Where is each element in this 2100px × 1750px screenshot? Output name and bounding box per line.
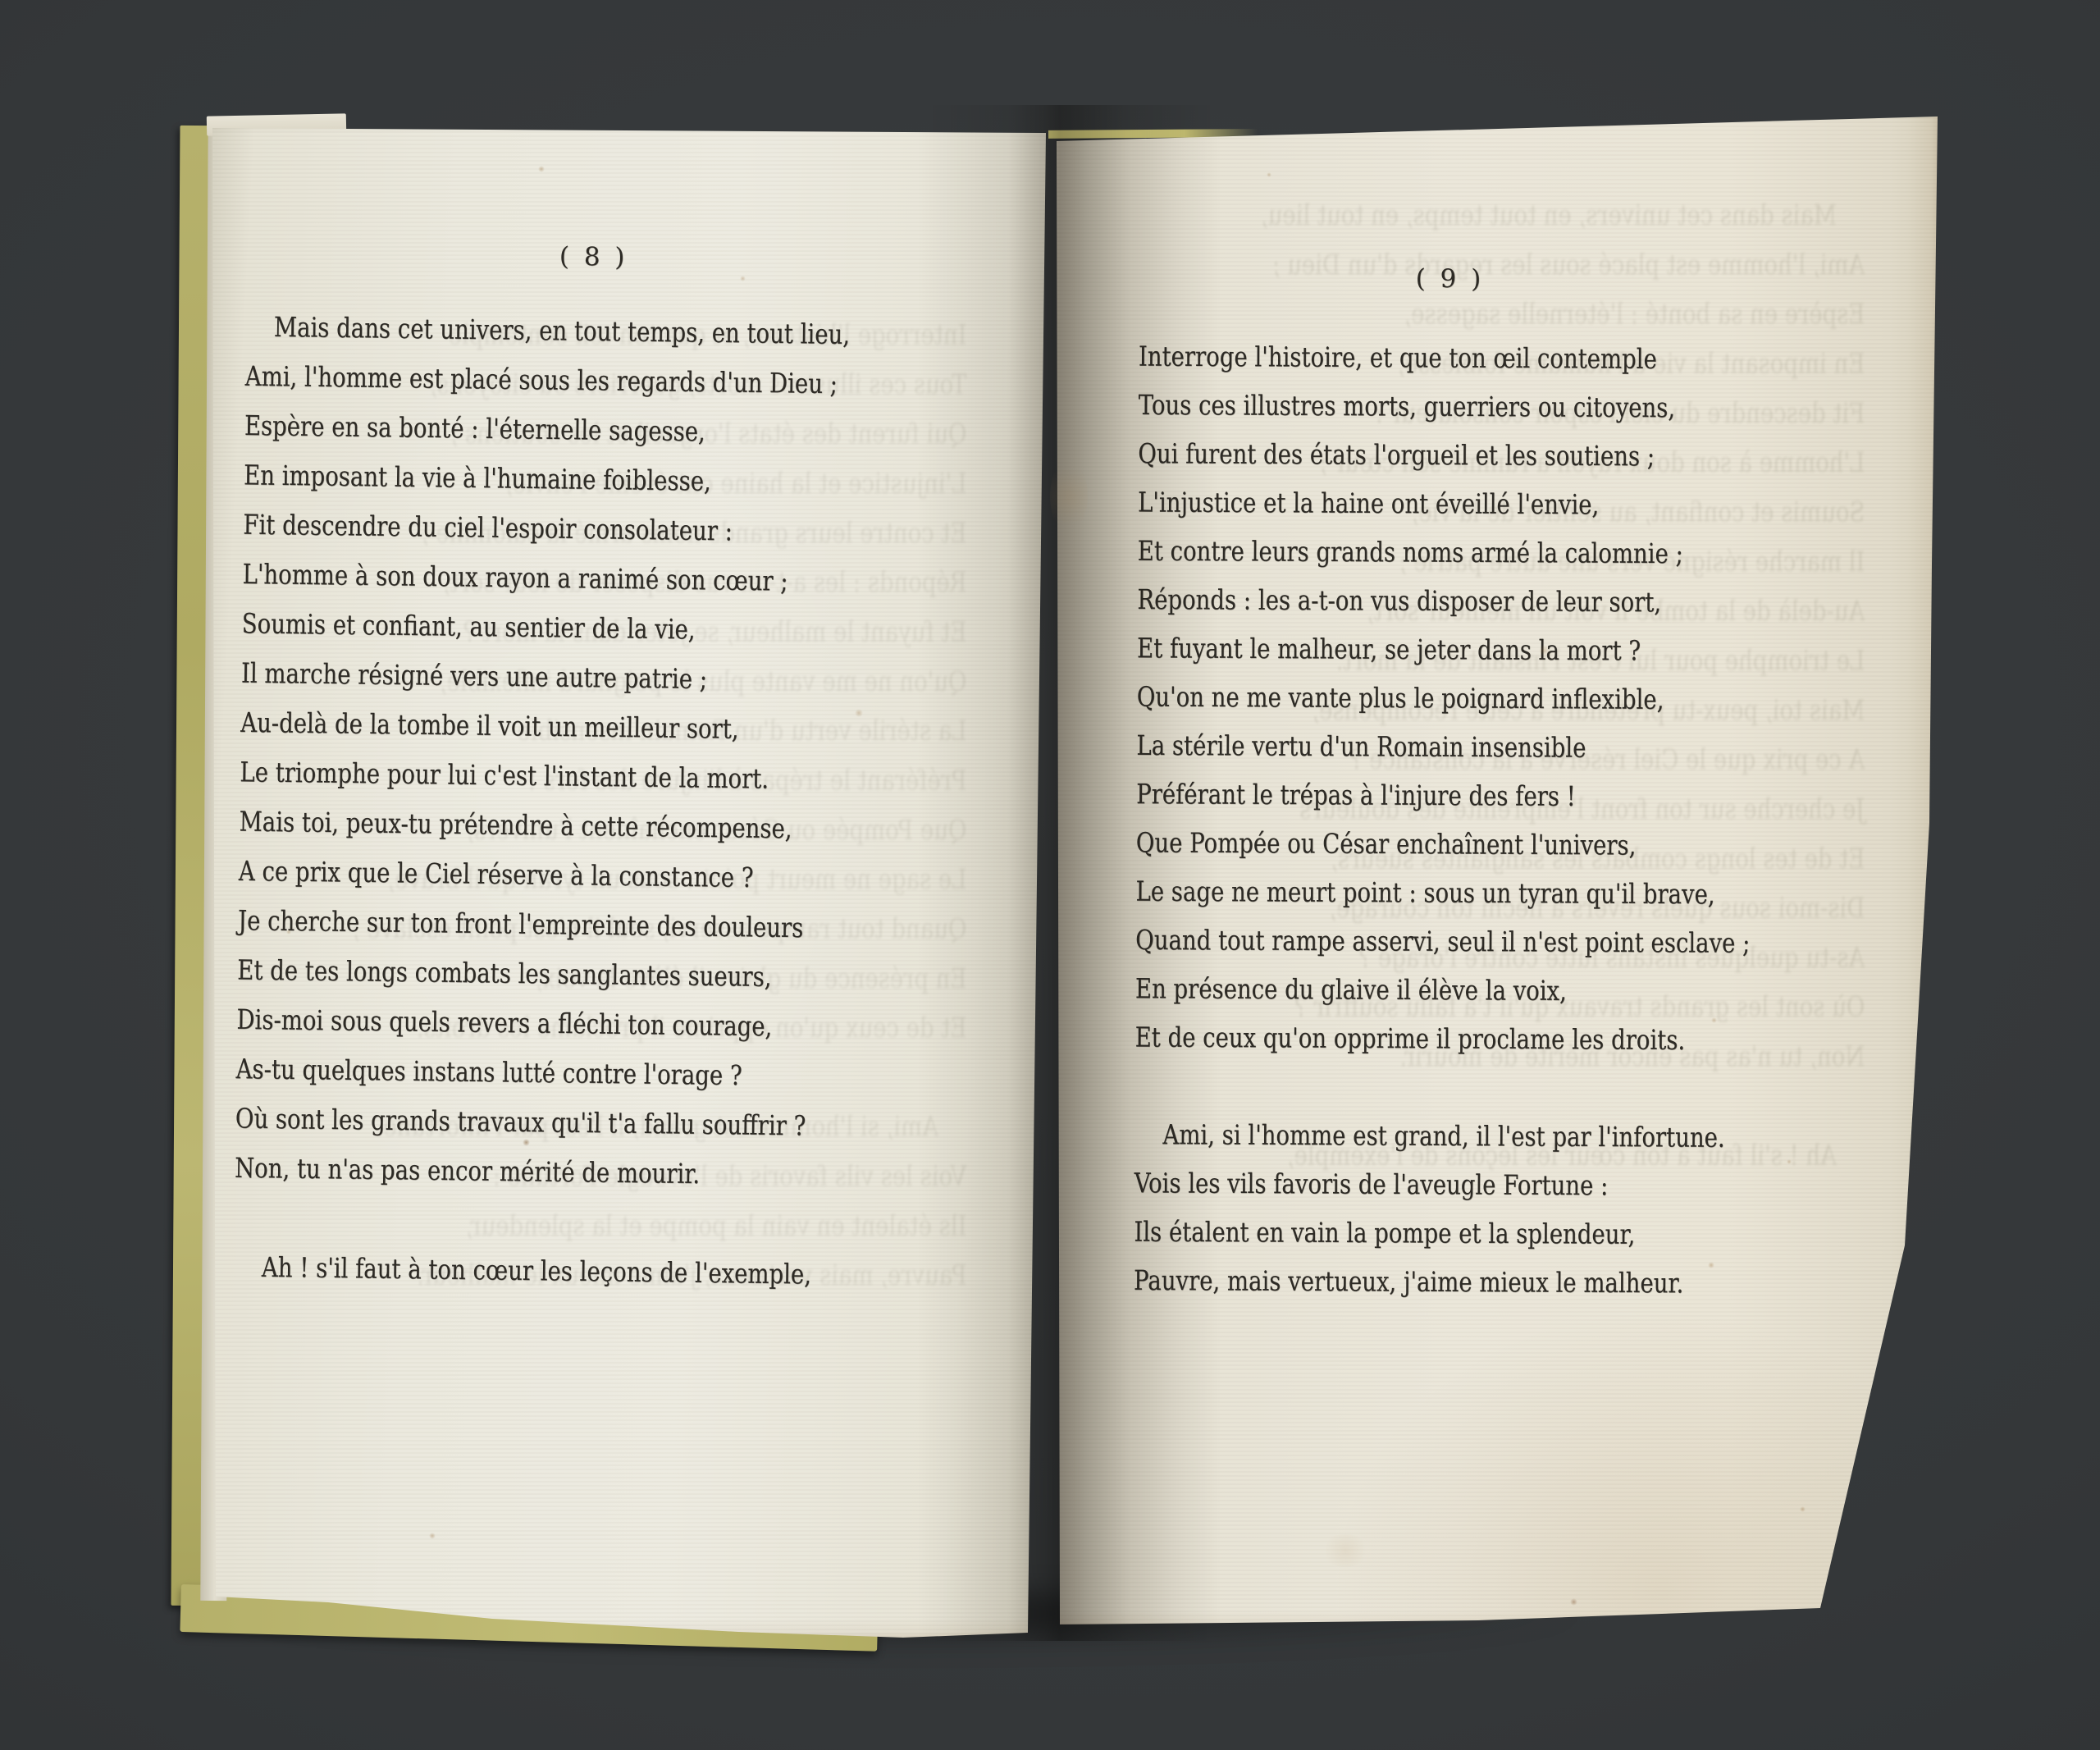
poem-line: Il marche résigné vers une autre patrie …: [241, 648, 846, 706]
poem-line: Et contre leurs grands noms armé la calo…: [1138, 527, 1752, 578]
poem-line: Au-delà de la tombe il voit un meilleur …: [240, 697, 845, 755]
poem-line: Je cherche sur ton front l'empreinte des…: [238, 896, 842, 953]
poem-line: A ce prix que le Ciel réserve à la const…: [238, 846, 842, 903]
left-page: Interroge l'histoire, et que ton œil con…: [209, 115, 1049, 1643]
poem-line: Soumis et confiant, au sentier de la vie…: [241, 599, 846, 656]
right-page: Mais dans cet univers, en tout temps, en…: [1052, 105, 1942, 1634]
poem-line: Ami, si l'homme est grand, il l'est par …: [1134, 1110, 1749, 1162]
poem-line: Ami, l'homme est placé sous les regards …: [244, 351, 849, 409]
poem-line: Où sont les grands travaux qu'il t'a fal…: [235, 1094, 840, 1151]
left-page-poem: Mais dans cet univers, en tout temps, en…: [233, 302, 850, 1300]
poem-line: Qu'on ne me vante plus le poignard infle…: [1137, 673, 1751, 724]
left-page-number: ( 8 ): [209, 237, 1008, 277]
poem-line: En présence du glaive il élève la voix,: [1135, 965, 1750, 1017]
poem-line: Pauvre, mais vertueux, j'aime mieux le m…: [1134, 1256, 1748, 1308]
poem-line: Le triomphe pour lui c'est l'instant de …: [240, 747, 844, 805]
poem-line: Ah ! s'il faut à ton cœur les leçons de …: [233, 1242, 838, 1300]
poem-line: As-tu quelques instans lutté contre l'or…: [235, 1044, 840, 1102]
poem-line: Que Pompée ou César enchaînent l'univers…: [1136, 819, 1751, 870]
poem-line: Et de ceux qu'on opprime il proclame les…: [1134, 1013, 1749, 1065]
right-page-number: ( 9 ): [1052, 262, 1896, 296]
right-page-content: ( 9 ) Interroge l'histoire, et que ton œ…: [1052, 105, 1942, 1634]
poem-line: Et fuyant le malheur, se jeter dans la m…: [1137, 624, 1751, 676]
poem-line: Tous ces illustres morts, guerriers ou c…: [1138, 381, 1752, 432]
poem-line: Mais toi, peux-tu prétendre à cette réco…: [239, 797, 843, 854]
poem-line: Non, tu n'as pas encor mérité de mourir.: [235, 1143, 839, 1200]
poem-line: Ils étalent en vain la pompe et la splen…: [1134, 1208, 1748, 1259]
poem-line: L'injustice et la haine ont éveillé l'en…: [1138, 478, 1752, 530]
left-page-content: ( 8 ) Mais dans cet univers, en tout tem…: [209, 115, 1049, 1643]
poem-line: Préférant le trépas à l'injure des fers …: [1136, 770, 1751, 822]
poem-line: Vois les vils favoris de l'aveugle Fortu…: [1134, 1159, 1749, 1211]
poem-line: Espère en sa bonté : l'éternelle sagesse…: [244, 400, 849, 458]
poem-line: En imposant la vie à l'humaine foiblesse…: [244, 450, 848, 508]
poem-line: Le sage ne meurt point : sous un tyran q…: [1135, 867, 1750, 919]
poem-line: La stérile vertu d'un Romain insensible: [1136, 721, 1751, 773]
poem-line: Et de tes longs combats les sanglantes s…: [237, 945, 842, 1003]
poem-line: Qui furent des états l'orgueil et les so…: [1138, 430, 1752, 482]
photo-scene: Interroge l'histoire, et que ton œil con…: [0, 0, 2100, 1750]
right-page-poem: Interroge l'histoire, et que ton œil con…: [1134, 332, 1753, 1309]
poem-line: Quand tout rampe asservi, seul il n'est …: [1135, 916, 1750, 967]
poem-line: Fit descendre du ciel l'espoir consolate…: [243, 500, 847, 557]
poem-line: L'homme à son doux rayon a ranimé son cœ…: [242, 549, 847, 606]
poem-line: Réponds : les a-t-on vus disposer de leu…: [1137, 575, 1751, 627]
poem-line: Dis-moi sous quels revers a fléchi ton c…: [236, 994, 841, 1052]
poem-line: Mais dans cet univers, en tout temps, en…: [245, 302, 850, 359]
poem-line: Interroge l'histoire, et que ton œil con…: [1139, 332, 1753, 384]
